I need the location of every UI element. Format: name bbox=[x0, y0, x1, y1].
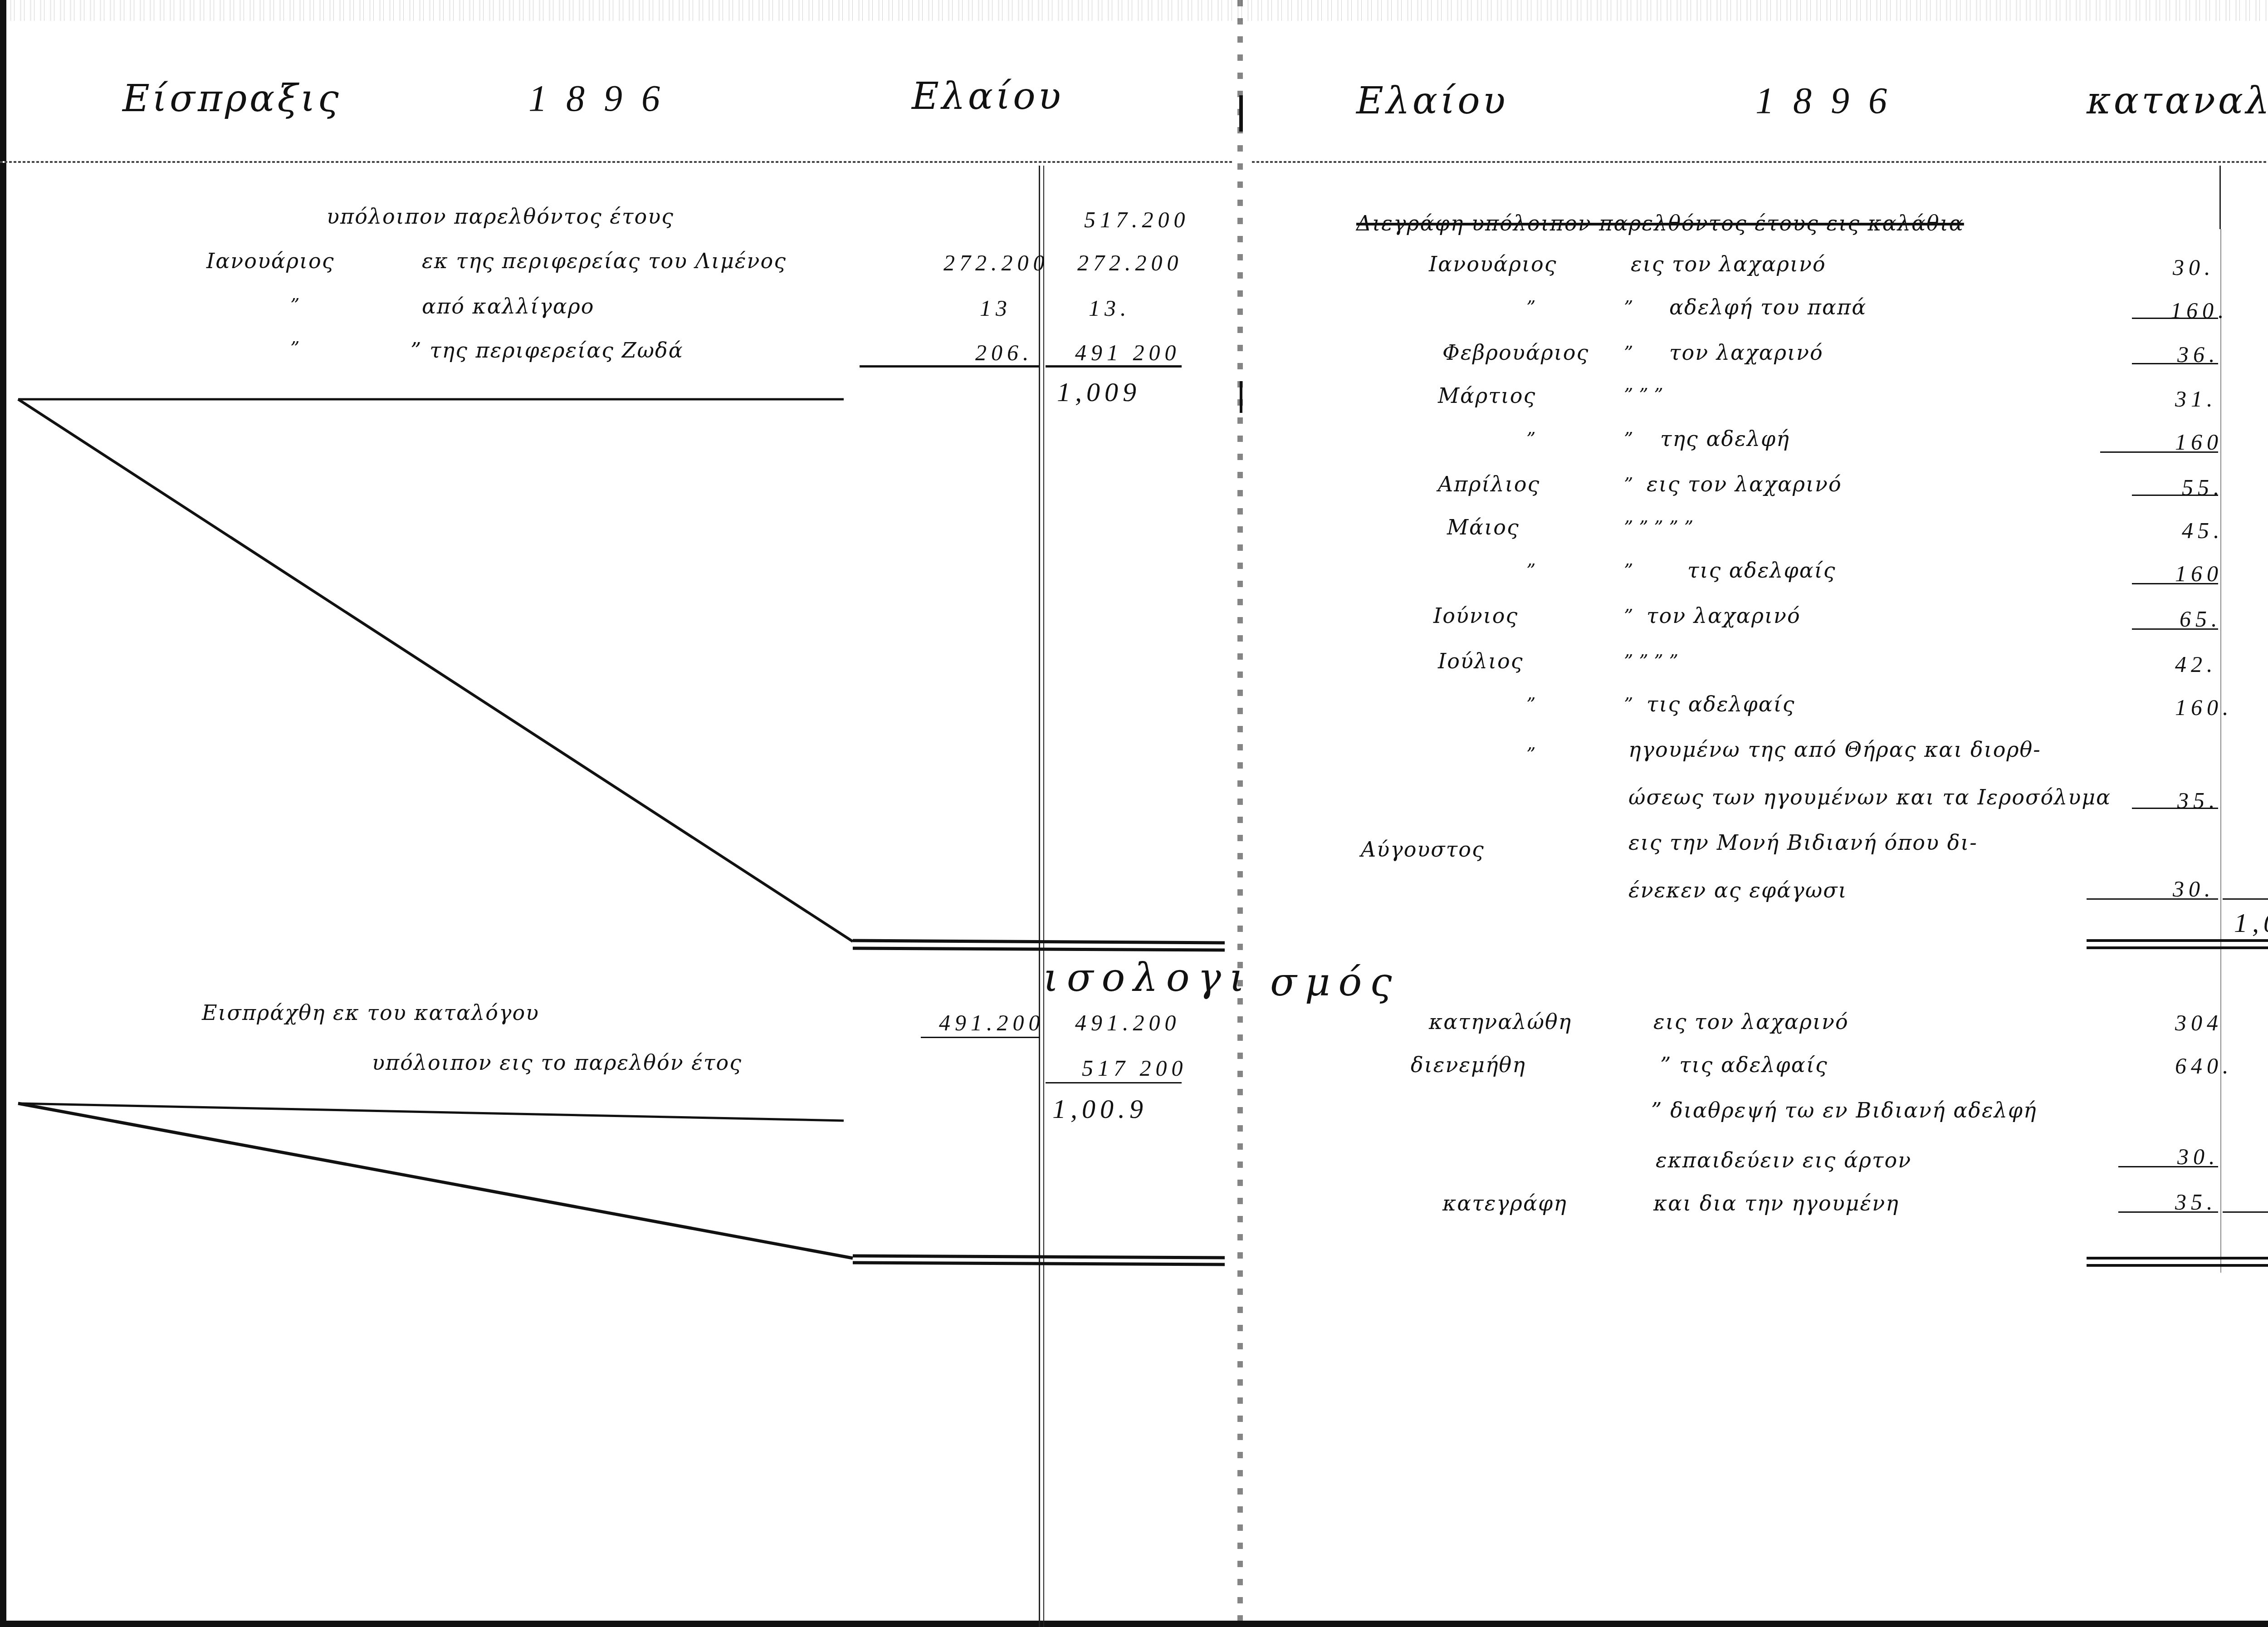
cancellation-strokes bbox=[0, 0, 2268, 1627]
